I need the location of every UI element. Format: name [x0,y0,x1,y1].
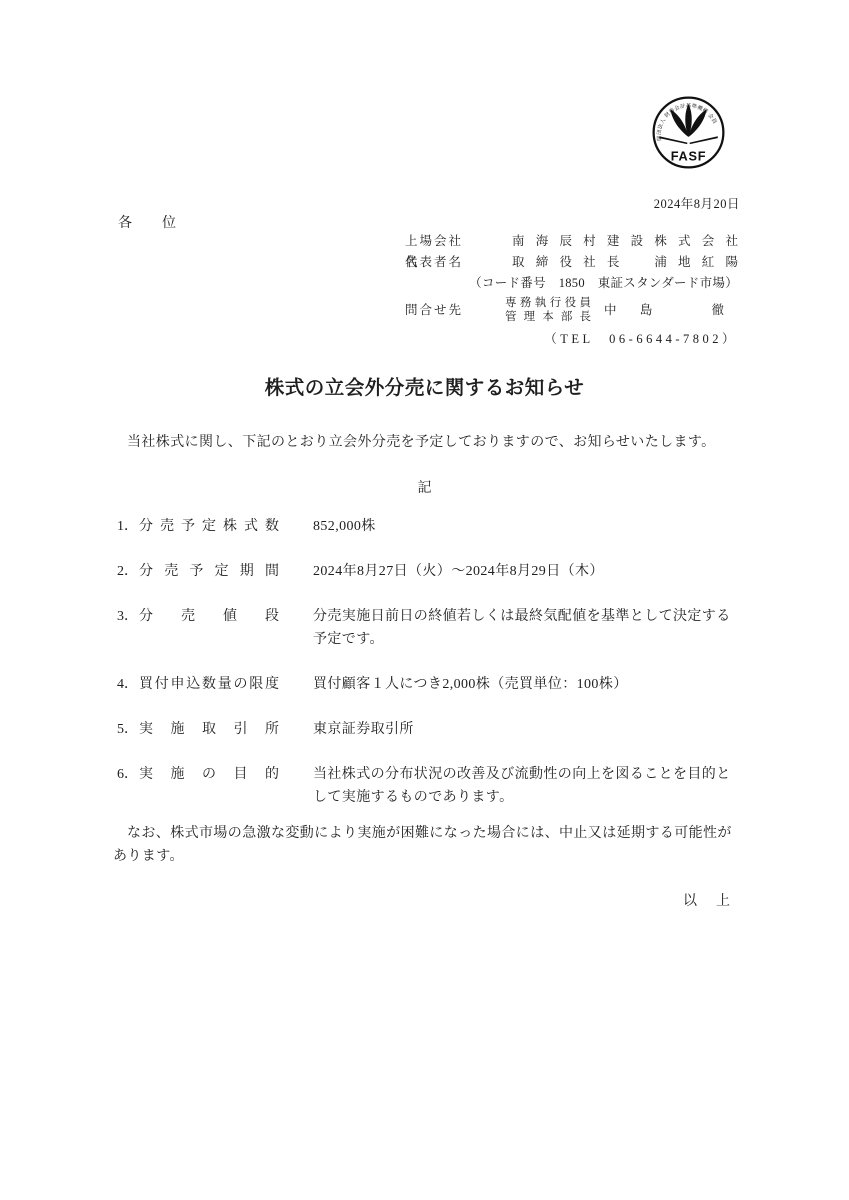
fasf-acronym-text: FASF [671,148,707,163]
representative-label: 代表者名 [405,252,461,273]
page-title: 株式の立会外分売に関するお知らせ [0,372,849,400]
item-content: 買付顧客１人につき2,000株（売買単位：100株） [313,673,732,696]
listed-company-label: 上場会社名 [405,231,461,252]
item-label: 実施取引所 [139,718,279,741]
item-content: 東京証券取引所 [313,718,732,741]
item-label: 分売予定株式数 [139,515,279,538]
item-content: 分売実施日前日の終値若しくは最終気配値を基準として決定する予定です。 [313,605,732,651]
item-row-1: 1． 分売予定株式数 852,000株 [117,515,739,538]
contact-row: 問合せ先 専務執行役員 管理本部長 中島 徹 [405,295,738,325]
lead-paragraph: 当社株式に関し、下記のとおり立会外分売を予定しておりますので、お知らせいたします… [113,431,739,454]
item-no: 5． [117,718,139,741]
item-no: 3． [117,605,139,651]
item-row-2: 2． 分売予定期間 2024年8月27日（火）～2024年8月29日（木） [117,560,739,583]
representative-value: 取締役社長 浦地紅陽 [512,252,738,273]
record-mark: 記 [0,477,849,497]
contact-titles: 専務執行役員 管理本部長 [505,296,591,324]
item-row-6: 6． 実施の目的 当社株式の分布状況の改善及び流動性の向上を図ることを目的として… [117,763,739,809]
item-content: 2024年8月27日（火）～2024年8月29日（木） [313,560,732,583]
issue-date: 2024年8月20日 [654,194,740,212]
item-label: 買付申込数量の限度 [139,673,279,696]
item-no: 6． [117,763,139,809]
contact-name: 中島 徹 [604,300,724,321]
salutation: 各位 [118,212,176,232]
note-paragraph: なお、株式市場の急激な変動により実施が困難になった場合には、中止又は延期する可能… [113,822,739,868]
stock-code-line: （コード番号 1850 東証スタンダード市場） [405,273,738,294]
contact-label: 問合せ先 [405,300,461,321]
contact-title-2: 管理本部長 [505,310,591,324]
item-row-5: 5． 実施取引所 東京証券取引所 [117,718,739,741]
closing-text: 以上 [683,890,730,910]
item-content: 852,000株 [313,515,732,538]
contact-title-1: 専務執行役員 [505,296,591,310]
item-row-3: 3． 分売値段 分売実施日前日の終値若しくは最終気配値を基準として決定する予定で… [117,605,739,651]
listed-company-value: 南海辰村建設株式会社 [512,231,738,252]
items-list: 1． 分売予定株式数 852,000株 2． 分売予定期間 2024年8月27日… [117,515,739,831]
fasf-logo: 財団法人 財務会計基準機構 会員 FASF [651,95,726,170]
item-no: 4． [117,673,139,696]
listed-company-row: 上場会社名 南海辰村建設株式会社 [405,231,738,252]
item-row-4: 4． 買付申込数量の限度 買付顧客１人につき2,000株（売買単位：100株） [117,673,739,696]
document-page: 財団法人 財務会計基準機構 会員 FASF 2024年8月20日 各位 上場会社… [0,0,849,1200]
item-label: 実施の目的 [139,763,279,809]
item-no: 1． [117,515,139,538]
representative-row: 代表者名 取締役社長 浦地紅陽 [405,252,738,273]
item-label: 分売値段 [139,605,279,651]
closing-mark: 以上 [683,890,730,910]
salutation-text: 各位 [118,212,176,232]
item-content: 当社株式の分布状況の改善及び流動性の向上を図ることを目的として実施するものであり… [313,763,732,809]
company-info: 上場会社名 南海辰村建設株式会社 代表者名 取締役社長 浦地紅陽 （コード番号 … [405,231,738,350]
tel-line: （TEL 06-6644-7802） [405,329,738,350]
item-no: 2． [117,560,139,583]
item-label: 分売予定期間 [139,560,279,583]
